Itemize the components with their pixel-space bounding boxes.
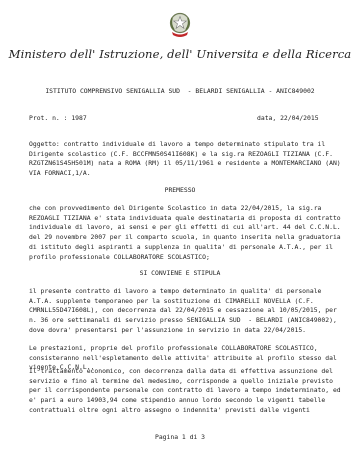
stipula-line: Le prestazioni, proprie del profilo prof… bbox=[29, 344, 318, 354]
stipula-line: Il trattamento economico, con decorrenza… bbox=[29, 367, 333, 377]
protocol-number: Prot. n. : 1987 bbox=[29, 114, 87, 124]
page-number: Pagina 1 di 3 bbox=[0, 433, 360, 443]
premesso-line: profilo professionale COLLABORATORE SCOL… bbox=[29, 253, 210, 263]
stipula-line: e' pari a euro 14903,94 come stipendio a… bbox=[29, 396, 325, 406]
subject-line: VIA FORNACI,1/A. bbox=[29, 169, 91, 179]
stipula-line: il presente contratto di lavoro a tempo … bbox=[29, 287, 321, 297]
stipula-heading: SI CONVIENE E STIPULA bbox=[0, 269, 360, 279]
premesso-line: del 29 novembre 2007 per il comparto scu… bbox=[29, 233, 341, 243]
stipula-line: CMRNLL55D47I608L), con decorrenza dal 22… bbox=[29, 306, 337, 316]
school-name: ISTITUTO COMPRENSIVO SENIGALLIA SUD - BE… bbox=[0, 87, 360, 97]
subject-line: Oggetto: contratto individuale di lavoro… bbox=[29, 140, 325, 150]
premesso-line: che con provvedimento del Dirigente Scol… bbox=[29, 204, 321, 214]
stipula-line: per il corrispondente personale con cont… bbox=[29, 386, 341, 396]
stipula-line: contrattuali oltre ogni altro assegno o … bbox=[29, 406, 310, 416]
premesso-heading: PREMESSO bbox=[0, 186, 360, 196]
subject-line: RZGTZN61S45H501M) nata a ROMA (RM) il 05… bbox=[29, 159, 341, 169]
premesso-line: di istituto degli aspiranti a supplenza … bbox=[29, 243, 333, 253]
stipula-line: A.T.A. supplente temporaneo per la sosti… bbox=[29, 297, 314, 307]
stipula-line: n. 36 ore settimanali di servizio presso… bbox=[29, 316, 337, 326]
document-date: data, 22/04/2015 bbox=[257, 114, 319, 124]
stipula-line: servizio e fino al termine del medesimo,… bbox=[29, 377, 333, 387]
stipula-line: consisteranno nell'espletamento delle at… bbox=[29, 354, 337, 364]
italian-republic-emblem-icon bbox=[169, 12, 191, 38]
stipula-line: dove dovra' presentarsi per l'assunzione… bbox=[29, 326, 306, 336]
premesso-line: individuale di lavoro, ai sensi e per gl… bbox=[29, 223, 341, 233]
premesso-line: REZOAGLI TIZIANA e' stata individuata qu… bbox=[29, 214, 341, 224]
subject-line: Dirigente scolastico (C.F. BCCFMN50S41I6… bbox=[29, 150, 333, 160]
document-page: Ministero dell' Istruzione, dell' Univer… bbox=[0, 0, 360, 466]
ministry-title: Ministero dell' Istruzione, dell' Univer… bbox=[0, 47, 360, 61]
